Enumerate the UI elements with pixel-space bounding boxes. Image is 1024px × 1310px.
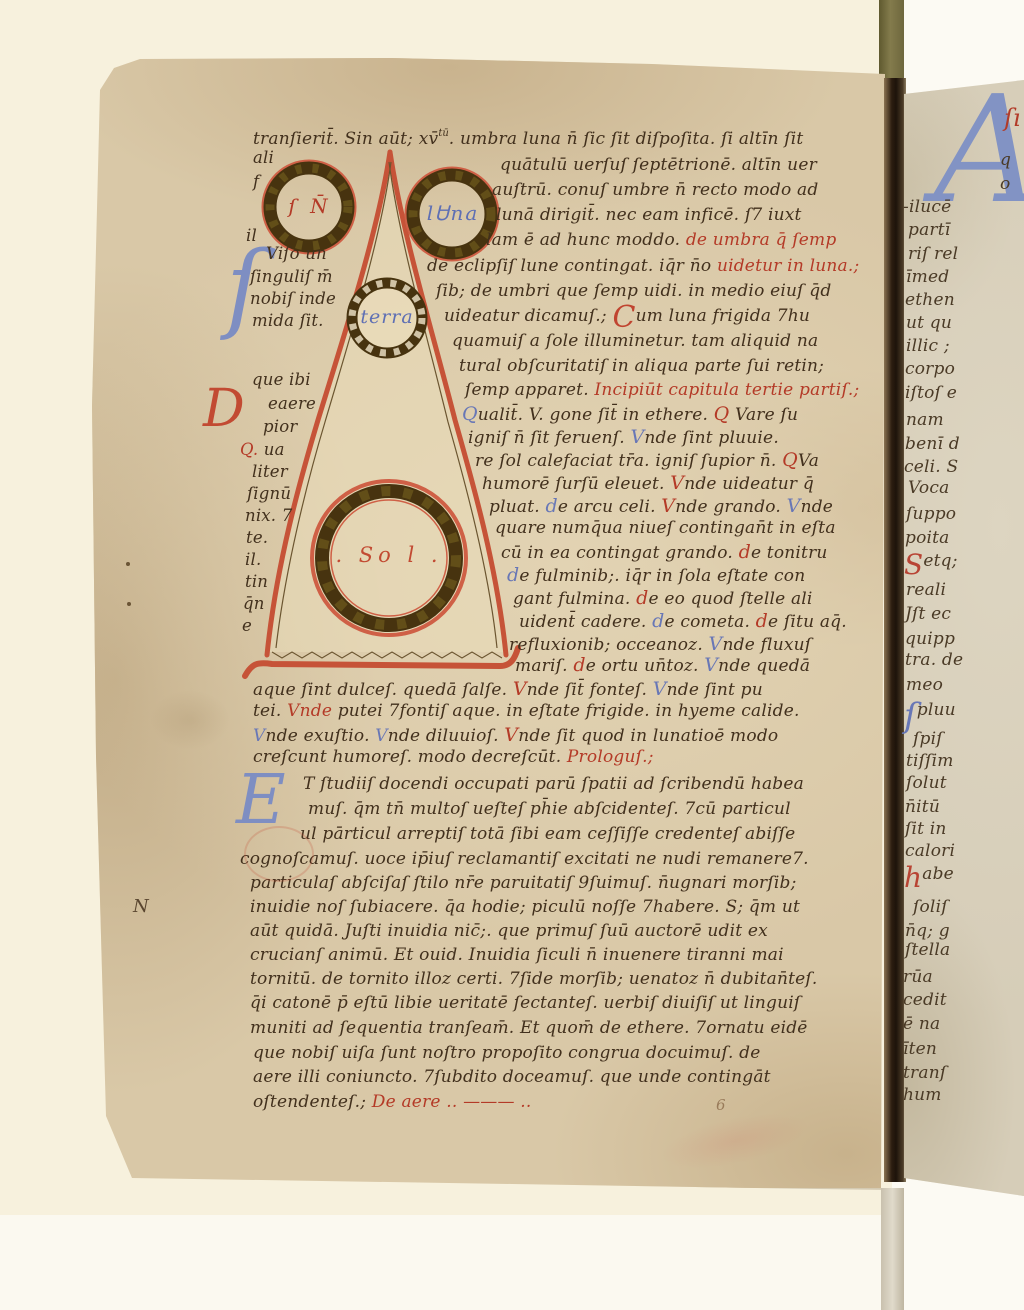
text-line: reali	[906, 580, 946, 600]
text-segment: T ſtudiiſ docendi occupati parū ſpatii a…	[303, 774, 804, 794]
circle-top-left-label: ſ N̄	[270, 194, 350, 218]
decorated-initial-d: D	[203, 386, 245, 433]
text-line: uident̄ cadere. de cometa. de ſitu aq̄.	[519, 610, 847, 632]
text-line: mariſ. de ortu un̄toz. Vnde quedā	[515, 654, 810, 676]
text-line: ſolut	[906, 773, 947, 793]
text-segment: tra. de	[905, 650, 963, 670]
text-segment: e	[242, 616, 252, 635]
circle-sol-label: . So l .	[327, 543, 451, 567]
text-line: poita	[905, 528, 950, 548]
text-segment: ſemp apparet.	[465, 380, 594, 400]
text-segment: V	[375, 726, 387, 746]
text-segment: Q	[462, 403, 478, 425]
text-line: que nobiſ uiſa ſunt noſtro propoſito con…	[253, 1043, 761, 1063]
text-segment: nobiſ inde	[250, 289, 336, 308]
text-segment: d	[652, 610, 664, 632]
text-segment: pluu	[917, 700, 956, 720]
text-line: iſtoſ e	[905, 383, 957, 403]
text-segment: q̄i catonē p̄ eſtū libie ueritatē ſectan…	[250, 993, 800, 1013]
text-segment: Q	[714, 403, 730, 425]
prologue-initial-e: E	[236, 770, 286, 831]
text-line: īmed	[906, 267, 949, 287]
text-segment: cū in ea contingat grando.	[501, 543, 739, 563]
manuscript-photo: ſ N̄ lᏌna terra . So l . ſ D E tranſieri…	[0, 0, 1024, 1310]
quire-mark: N	[133, 896, 149, 917]
text-segment: tū	[438, 128, 448, 139]
text-line: rūa	[903, 967, 933, 987]
text-segment: Vare ſu	[729, 405, 798, 425]
text-segment: C	[612, 300, 635, 335]
text-segment: q	[1000, 150, 1011, 170]
text-line: inuidie noſ ſubiacere. q̄a hodie; piculū…	[250, 897, 800, 917]
text-line: n̄itū	[905, 797, 940, 817]
text-segment: d	[507, 564, 519, 586]
text-line: uideatur dicamuſ.; Cum luna frigida 7hu	[444, 306, 810, 326]
text-segment: ualit̄. V. gone ſit̄ in ethere.	[478, 405, 714, 425]
text-line: quamuiſ a ſole illuminetur. tam aliquid …	[452, 331, 818, 351]
text-segment: n̄q; g	[905, 921, 950, 941]
text-segment: e eo quod ſtelle ali	[649, 589, 813, 609]
text-segment: nde uideatur q̄	[684, 474, 814, 494]
text-line: cognoſcamuſ. uoce ip̄iuſ reclamantiſ exc…	[240, 849, 809, 869]
text-segment: e cometa.	[664, 612, 755, 632]
text-segment: cedit	[903, 990, 947, 1010]
text-line: tranſierit̄. Sin aūt; xv̄tū. umbra luna …	[253, 128, 803, 149]
text-line: ſignū	[247, 484, 291, 503]
text-segment: humorē ſurſū eleuet.	[482, 474, 670, 494]
text-line: mida ſit.	[252, 311, 324, 330]
text-segment: te.	[246, 528, 268, 547]
text-segment: e ſitu aq̄.	[768, 612, 847, 632]
text-segment: muniti ad ſequentia tranſeam̄. Et quom̄ …	[250, 1018, 808, 1038]
text-segment: e ortu un̄toz.	[586, 656, 705, 676]
text-line: n̄q; g	[905, 921, 950, 941]
text-segment: cognoſcamuſ. uoce ip̄iuſ reclamantiſ exc…	[240, 849, 809, 869]
text-segment: re ſol calefaciat tr̄a. igniſ ſupior n̄.	[475, 451, 782, 471]
text-segment: Va	[798, 451, 819, 471]
text-segment: nde exuſtio.	[265, 726, 375, 746]
text-segment: īmed	[906, 267, 949, 287]
text-line: tei. Vnde putei 7fontiſ aque. in eſtate …	[253, 701, 800, 721]
text-line: ut qu	[906, 313, 952, 333]
text-line: quipp	[905, 629, 955, 649]
text-line: tornitū. de tornito illoz certi. 7ſide m…	[250, 969, 818, 989]
text-segment: nde ſit quod in lunatioē modo	[518, 726, 778, 746]
text-line: ul pārticul arreptiſ totā ſibi eam ceſſ…	[300, 824, 795, 844]
text-segment: corpo	[905, 359, 955, 379]
text-segment: Viſo un	[266, 244, 327, 263]
text-segment: V	[253, 726, 265, 746]
right-page-red-fragment: ſı	[1004, 104, 1021, 132]
text-segment: ſpiſ	[913, 729, 943, 749]
text-segment: lam ē ad hunc moddo.	[486, 230, 686, 250]
text-line: crucianſ animū. Et ouid. Inuidia ſiculi …	[250, 945, 784, 965]
text-line: cedit	[903, 990, 947, 1010]
text-segment: liter	[252, 462, 288, 481]
text-segment: iſtoſ e	[905, 383, 957, 403]
text-segment: d	[545, 495, 557, 517]
text-segment: hum	[903, 1085, 942, 1105]
text-segment: gant fulmina.	[513, 589, 636, 609]
prick-hole	[127, 602, 131, 606]
text-segment: d	[573, 654, 585, 676]
text-segment: ſib; de umbri que ſemp uidi. in medio ei…	[436, 281, 831, 301]
text-segment: nde grando.	[675, 497, 786, 517]
text-segment: inuidie noſ ſubiacere. q̄a hodie; piculū…	[250, 897, 800, 917]
text-line: ſit in	[905, 819, 947, 839]
text-segment: h	[904, 861, 922, 894]
text-segment: De aere .. ——— ..	[372, 1092, 532, 1112]
shadow-cone-base	[245, 648, 518, 676]
text-segment: Jſt ec	[905, 604, 951, 624]
text-segment: meo	[906, 675, 943, 695]
text-line: e	[242, 616, 252, 635]
text-segment: nix. 7	[245, 506, 292, 525]
text-segment: particulaſ abſciſaſ ſtilo nr̄e paruitati…	[250, 873, 797, 893]
text-line: benī d	[905, 434, 960, 454]
text-segment: quipp	[905, 629, 955, 649]
text-segment: ſuppo	[906, 504, 956, 524]
text-segment: calori	[905, 841, 955, 861]
text-segment: tranſierit̄. Sin aūt; xv̄	[253, 129, 438, 149]
text-segment: aque ſint dulceſ. quedā ſalſe.	[253, 680, 513, 700]
text-segment: nde ſint pu	[667, 680, 763, 700]
text-line: aque ſint dulceſ. quedā ſalſe. Vnde ſit̄…	[253, 678, 763, 700]
text-segment: -ilucē	[903, 197, 951, 217]
text-line: hum	[903, 1085, 942, 1105]
text-segment: aūt quidā. Juſti inuidia nic̄;. que prim…	[250, 921, 768, 941]
text-line: ethen	[905, 290, 955, 310]
circle-luna-label: lᏌna	[411, 201, 495, 225]
text-line: ſpluu	[904, 700, 956, 721]
text-line: corpo	[905, 359, 955, 379]
left-page: ſ N̄ lᏌna terra . So l . ſ D E tranſieri…	[92, 56, 886, 1188]
text-line: q	[1000, 150, 1011, 170]
text-segment: tornitū. de tornito illoz certi. 7ſide m…	[250, 969, 818, 989]
text-segment: nde	[801, 497, 834, 517]
prick-hole	[126, 562, 130, 566]
text-line: creſcunt humoreſ. modo decreſcūt. Prolog…	[253, 747, 654, 767]
text-segment: ut qu	[906, 313, 952, 333]
text-line: Vnde exuſtio. Vnde diluuioſ. Vnde ſit qu…	[253, 724, 778, 746]
text-segment: riſ rel	[908, 244, 958, 264]
text-line: ſinguliſ m̄	[250, 267, 333, 286]
text-segment: uident̄ cadere.	[519, 612, 652, 632]
text-segment: uidetur in luna.;	[717, 256, 859, 276]
text-segment: tin	[245, 572, 268, 591]
text-segment: e tonitru	[751, 543, 828, 563]
text-segment: ali	[253, 148, 274, 167]
text-segment: aere illi coniuncto. 7ſubdito doceamuſ. …	[253, 1067, 771, 1087]
scan-background-bottom	[0, 1215, 892, 1310]
text-line: Qualit̄. V. gone ſit̄ in ethere. Q Vare …	[462, 403, 798, 425]
text-line: celi. S	[904, 457, 958, 477]
text-line: tin	[245, 572, 268, 591]
text-segment: quātulū uerſuſ ſeptētrionē. altīn uer	[500, 155, 817, 175]
base-zigzag-line	[272, 652, 502, 658]
text-line: ali	[253, 148, 274, 167]
text-segment: que nobiſ uiſa ſunt noſtro propoſito con…	[253, 1043, 761, 1063]
text-line: nobiſ inde	[250, 289, 336, 308]
text-segment: mida ſit.	[252, 311, 324, 330]
text-segment: tei.	[253, 701, 287, 721]
text-segment: mariſ.	[515, 656, 573, 676]
text-segment: uideatur dicamuſ.;	[444, 306, 612, 326]
parchment-stain	[150, 690, 230, 750]
text-line: lunā dirigit̄. nec eam inficē. ſ7 iuxt	[496, 205, 802, 225]
text-segment: d	[636, 587, 648, 609]
text-line: ſoliſ	[913, 897, 948, 917]
text-segment: nde ſint pluuie.	[644, 428, 779, 448]
text-segment: nde fluxuſ	[722, 635, 811, 655]
text-line: Voca	[908, 478, 949, 498]
text-line: f	[253, 172, 259, 191]
text-segment: V	[630, 426, 644, 448]
text-segment: īten	[903, 1039, 937, 1059]
circle-terra-label: terra	[345, 306, 429, 328]
text-segment: o	[1000, 174, 1010, 194]
text-line: te.	[246, 528, 268, 547]
text-line: tiſſim	[906, 751, 954, 771]
left-page-content: ſ N̄ lᏌna terra . So l . ſ D E tranſieri…	[0, 0, 1024, 1310]
text-line: -ilucē	[903, 197, 951, 217]
text-segment: ua	[258, 440, 284, 459]
text-line: de fulminib;. iq̄r in ſola eſtate con	[507, 564, 805, 586]
text-line: nix. 7	[245, 506, 292, 525]
text-line: tranſ	[903, 1063, 946, 1083]
text-segment: partī	[908, 220, 950, 240]
text-segment: nde ſit̄ fonteſ.	[527, 680, 653, 700]
text-segment: V	[704, 654, 718, 676]
text-line: ſemp apparet. Incipiūt capitula tertie p…	[465, 380, 859, 400]
text-segment: tural obſcuritatiſ in aliqua parte ſui r…	[459, 356, 824, 376]
text-segment: d	[756, 610, 768, 632]
text-line: oſtendenteſ.; De aere .. ——— ..	[253, 1092, 532, 1112]
text-line: q̄i catonē p̄ eſtū libie ueritatē ſectan…	[250, 993, 800, 1013]
text-line: quātulū uerſuſ ſeptētrionē. altīn uer	[500, 155, 817, 175]
text-segment: S	[904, 548, 923, 581]
text-segment: il	[246, 226, 257, 245]
text-segment: oſtendenteſ.;	[253, 1092, 372, 1112]
text-line: que ibi	[252, 370, 311, 389]
text-line: Setq;	[904, 551, 958, 571]
text-line: Jſt ec	[905, 604, 951, 624]
text-segment: tiſſim	[906, 751, 954, 771]
text-line: partī	[908, 220, 950, 240]
text-segment: muſ. q̄m tn̄ multoſ ueſteſ ph̄ie abſcide…	[308, 799, 791, 819]
text-segment: refluxionib; occeanoz.	[509, 635, 709, 655]
text-line: liter	[252, 462, 288, 481]
text-line: refluxionib; occeanoz. Vnde fluxuſ	[509, 633, 811, 655]
text-segment: eaere	[268, 394, 316, 413]
text-line: quare numq̄ua niueſ contingan̄t in eſta	[495, 518, 836, 538]
text-segment: quamuiſ a ſole illuminetur. tam aliquid …	[452, 331, 818, 351]
text-segment: V	[504, 724, 518, 746]
text-segment: q̄n	[243, 594, 265, 613]
text-segment: poita	[905, 528, 950, 548]
text-segment: ſit in	[905, 819, 947, 839]
text-segment: V	[787, 495, 801, 517]
text-line: meo	[906, 675, 943, 695]
text-line: aere illi coniuncto. 7ſubdito doceamuſ. …	[253, 1067, 771, 1087]
text-line: riſ rel	[908, 244, 958, 264]
text-line: q̄n	[243, 594, 265, 613]
text-line: humorē ſurſū eleuet. Vnde uideatur q̄	[482, 472, 814, 494]
text-line: lam ē ad hunc moddo. de umbra q̄ ſemp	[486, 230, 836, 250]
text-line: igniſ n̄ ſit feruenſ. Vnde ſint pluuie.	[468, 426, 779, 448]
text-line: illic ;	[906, 336, 950, 356]
text-line: cū in ea contingat grando. de tonitru	[501, 541, 828, 563]
text-line: T ſtudiiſ docendi occupati parū ſpatii a…	[303, 774, 804, 794]
text-segment: il.	[245, 550, 261, 569]
text-line: o	[1000, 174, 1010, 194]
text-segment: V	[513, 678, 527, 700]
text-segment: nde quedā	[718, 656, 810, 676]
text-line: eaere	[268, 394, 316, 413]
text-line: auſtrū. conuſ umbre n̄ recto modo ad	[492, 180, 818, 200]
text-segment: Q	[782, 449, 798, 471]
text-segment: ſtella	[905, 940, 950, 960]
text-segment: Prologuſ.;	[567, 747, 654, 767]
text-segment: f	[253, 172, 259, 191]
text-segment: ſinguliſ m̄	[250, 267, 333, 286]
text-segment: V	[709, 633, 723, 655]
text-segment: Incipiūt capitula tertie partiſ.;	[594, 380, 859, 400]
text-line: tra. de	[905, 650, 963, 670]
text-line: pior	[263, 417, 297, 436]
text-segment: creſcunt humoreſ. modo decreſcūt.	[253, 747, 567, 767]
text-segment: n̄itū	[905, 797, 940, 817]
text-segment: d	[739, 541, 751, 563]
text-segment: tranſ	[903, 1063, 946, 1083]
book-stand-strip	[881, 1188, 904, 1310]
text-line: il.	[245, 550, 261, 569]
text-segment: quare numq̄ua niueſ contingan̄t in eſta	[495, 518, 836, 538]
text-segment: rūa	[903, 967, 933, 987]
text-line: ſtella	[905, 940, 950, 960]
text-segment: putei 7fontiſ aque. in eſtate frigide. i…	[332, 701, 799, 721]
text-segment: um luna frigida 7hu	[636, 306, 810, 326]
text-segment: ſignū	[247, 484, 291, 503]
text-line: muſ. q̄m tn̄ multoſ ueſteſ ph̄ie abſcide…	[308, 799, 791, 819]
text-segment: de umbra q̄ ſemp	[686, 230, 837, 250]
text-line: tural obſcuritatiſ in aliqua parte ſui r…	[459, 356, 824, 376]
text-segment: e arcu celi.	[558, 497, 661, 517]
text-line: aūt quidā. Juſti inuidia nic̄;. que prim…	[250, 921, 768, 941]
text-segment: ul pārticul arreptiſ totā ſibi eam ceſſ…	[300, 824, 795, 844]
text-segment: Q.	[240, 440, 258, 459]
text-segment: V	[661, 495, 675, 517]
text-segment: e fulminib;. iq̄r in ſola eſtate con	[519, 566, 805, 586]
text-line: particulaſ abſciſaſ ſtilo nr̄e paruitati…	[250, 873, 797, 893]
text-segment: que ibi	[252, 370, 311, 389]
text-line: Q. ua	[240, 440, 285, 459]
text-line: ē na	[903, 1014, 940, 1034]
text-segment: nde diluuioſ.	[388, 726, 505, 746]
text-segment: Vnde	[287, 701, 332, 721]
text-segment: crucianſ animū. Et ouid. Inuidia ſiculi …	[250, 945, 784, 965]
text-segment: etq;	[923, 551, 957, 571]
text-line: calori	[905, 841, 955, 861]
text-segment: pior	[263, 417, 297, 436]
text-line: īten	[903, 1039, 937, 1059]
text-segment: lunā dirigit̄. nec eam inficē. ſ7 iuxt	[496, 205, 802, 225]
text-line: nam	[906, 410, 944, 430]
text-segment: . umbra luna n̄ ſic ſit diſpoſita. ſi al…	[449, 129, 804, 149]
text-segment: igniſ n̄ ſit feruenſ.	[468, 428, 630, 448]
stray-pen-mark: 6	[716, 1096, 726, 1114]
text-segment: ſoliſ	[913, 897, 948, 917]
text-segment: abe	[922, 864, 954, 884]
text-segment: pluat.	[489, 497, 545, 517]
red-ink-stain	[244, 826, 314, 882]
text-segment: ſolut	[906, 773, 947, 793]
text-segment: nam	[906, 410, 944, 430]
text-line: pluat. de arcu celi. Vnde grando. Vnde	[489, 495, 833, 517]
text-segment: benī d	[905, 434, 960, 454]
text-line: il	[246, 226, 257, 245]
text-segment: auſtrū. conuſ umbre n̄ recto modo ad	[492, 180, 818, 200]
text-line: re ſol calefaciat tr̄a. igniſ ſupior n̄.…	[475, 449, 819, 471]
text-line: ſib; de umbri que ſemp uidi. in medio ei…	[436, 281, 831, 301]
text-segment: celi. S	[904, 457, 958, 477]
text-segment: ē na	[903, 1014, 940, 1034]
text-line: muniti ad ſequentia tranſeam̄. Et quom̄ …	[250, 1018, 808, 1038]
text-line: de eclipſiſ lune contingat. iq̄r n̄o uid…	[427, 256, 859, 276]
text-segment: ethen	[905, 290, 955, 310]
text-segment: V	[670, 472, 684, 494]
text-line: habe	[904, 864, 954, 884]
text-segment: V	[653, 678, 667, 700]
text-line: gant fulmina. de eo quod ſtelle ali	[513, 587, 813, 609]
text-line: ſuppo	[906, 504, 956, 524]
text-segment: illic ;	[906, 336, 950, 356]
text-line: ſpiſ	[913, 729, 943, 749]
text-segment: Voca	[908, 478, 949, 498]
text-segment: de eclipſiſ lune contingat. iq̄r n̄o	[427, 256, 717, 276]
text-line: Viſo un	[266, 244, 327, 263]
text-segment: reali	[906, 580, 946, 600]
